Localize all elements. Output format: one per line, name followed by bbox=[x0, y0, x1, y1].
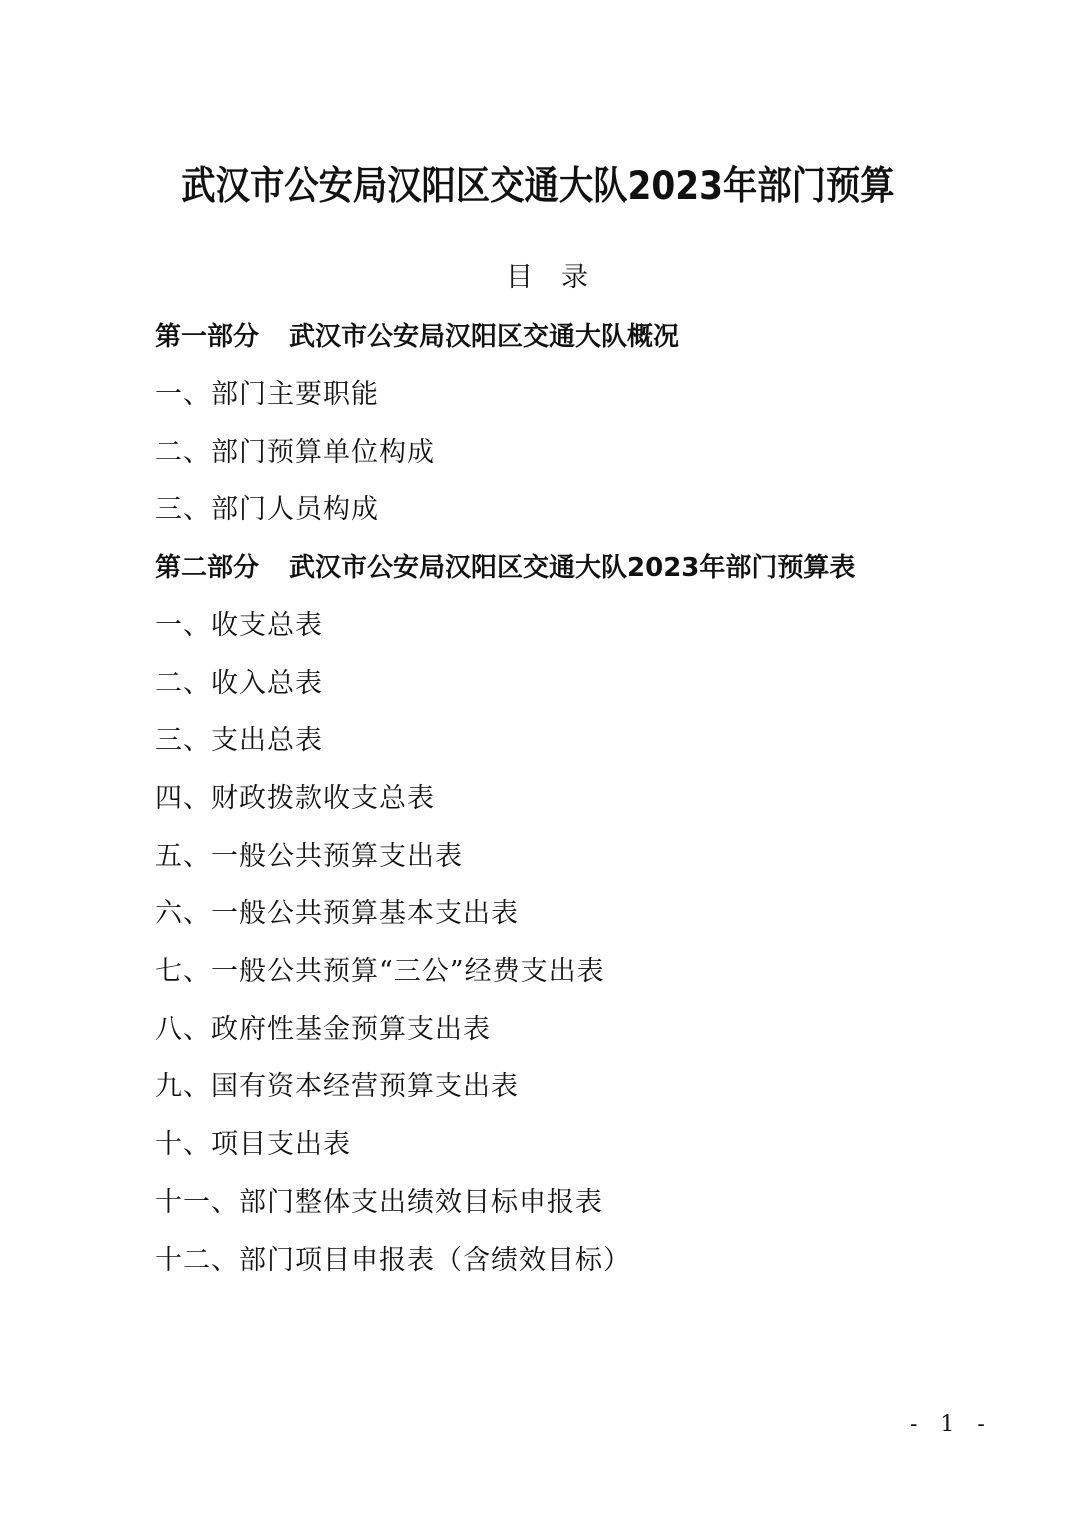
toc-part-1[interactable]: 第一部分武汉市公安局汉阳区交通大队概况 bbox=[155, 319, 679, 355]
toc-heading-char-2: 录 bbox=[561, 262, 588, 293]
toc-item-2-10[interactable]: 十、项目支出表 bbox=[155, 1127, 351, 1163]
page-number: - 1 - bbox=[910, 1411, 993, 1439]
toc-item-2-1[interactable]: 一、收支总表 bbox=[155, 608, 323, 644]
document-title: 武汉市公安局汉阳区交通大队2023年部门预算 bbox=[65, 162, 1010, 212]
toc-part-2[interactable]: 第二部分武汉市公安局汉阳区交通大队2023年部门预算表 bbox=[155, 550, 855, 586]
toc-item-2-9[interactable]: 九、国有资本经营预算支出表 bbox=[155, 1069, 519, 1105]
toc-heading: 目录 bbox=[0, 260, 1074, 296]
toc-item-1-1[interactable]: 一、部门主要职能 bbox=[155, 377, 379, 413]
toc-item-1-2[interactable]: 二、部门预算单位构成 bbox=[155, 435, 435, 471]
toc-item-2-8[interactable]: 八、政府性基金预算支出表 bbox=[155, 1012, 491, 1048]
toc-part-text: 武汉市公安局汉阳区交通大队概况 bbox=[289, 322, 679, 352]
toc-part-text: 武汉市公安局汉阳区交通大队2023年部门预算表 bbox=[289, 553, 855, 583]
toc-heading-char-1: 目 bbox=[506, 262, 533, 293]
toc-item-1-3[interactable]: 三、部门人员构成 bbox=[155, 492, 379, 528]
toc-item-2-3[interactable]: 三、支出总表 bbox=[155, 723, 323, 759]
toc-part-label: 第一部分 bbox=[155, 319, 259, 355]
toc-item-2-6[interactable]: 六、一般公共预算基本支出表 bbox=[155, 896, 519, 932]
toc-part-label: 第二部分 bbox=[155, 550, 259, 586]
toc-item-2-4[interactable]: 四、财政拨款收支总表 bbox=[155, 781, 435, 817]
toc-item-2-5[interactable]: 五、一般公共预算支出表 bbox=[155, 839, 463, 875]
toc-item-2-2[interactable]: 二、收入总表 bbox=[155, 666, 323, 702]
toc-item-2-7[interactable]: 七、一般公共预算“三公”经费支出表 bbox=[155, 954, 605, 990]
toc-item-2-12[interactable]: 十二、部门项目申报表（含绩效目标） bbox=[155, 1243, 631, 1279]
toc-item-2-11[interactable]: 十一、部门整体支出绩效目标申报表 bbox=[155, 1185, 603, 1221]
